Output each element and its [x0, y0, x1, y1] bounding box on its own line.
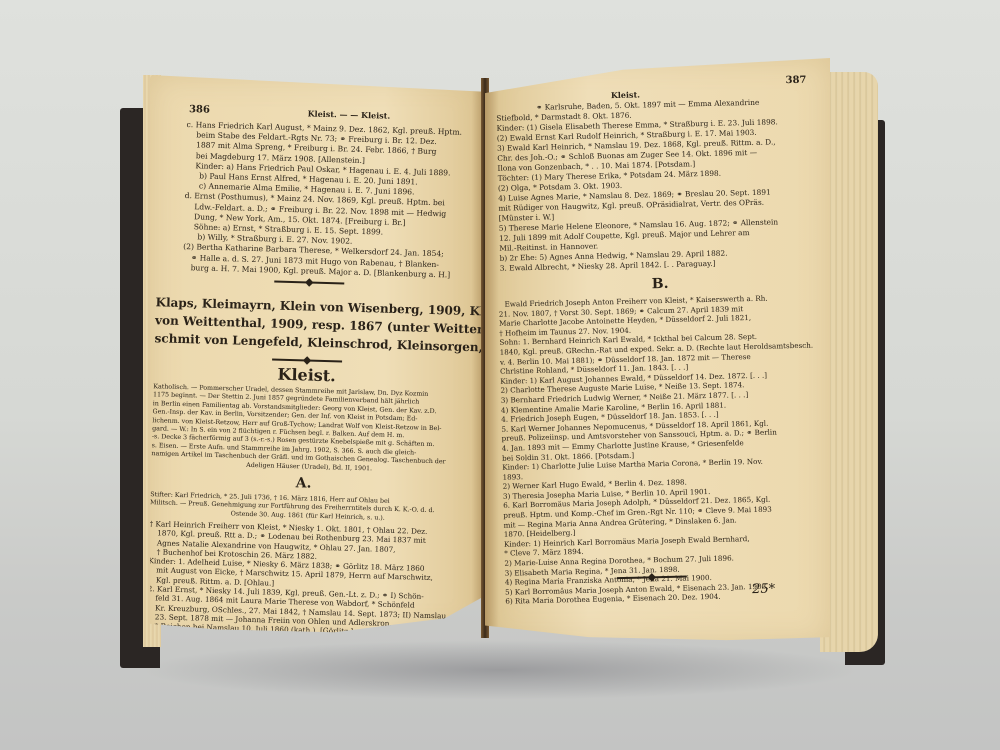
running-head-left: Kleist. — — Kleist. [259, 107, 439, 122]
section-title-kleist: Kleist. [241, 364, 371, 387]
continuation-entries: ⚭ Karlsruhe, Baden, 5. Okt. 1897 mit — E… [496, 96, 830, 273]
right-page: 387 Kleist. ⚭ Karlsruhe, Baden, 5. Okt. … [485, 58, 830, 643]
page-number-left: 386 [189, 104, 210, 116]
top-entries: c. Hans Friedrich Karl August, * Mainz 9… [182, 120, 476, 281]
cross-reference: Klaps, Kleimayrn, Klein von Wisenberg, 1… [154, 293, 470, 356]
photo-scene: 386 Kleist. — — Kleist. c. Hans Friedric… [0, 0, 1000, 750]
line-letter-b: B. [635, 276, 685, 293]
book-shadow [140, 640, 860, 700]
running-head-right: Kleist. [611, 89, 640, 100]
ornament-divider [272, 357, 342, 365]
signature-mark: 25* [752, 582, 775, 598]
line-a-entries: † Karl Heinrich Freiherr von Kleist, * N… [150, 519, 465, 635]
ornament-divider [274, 279, 344, 287]
page-number-right: 387 [785, 75, 806, 86]
line-b-entries: Ewald Friedrich Joseph Anton Freiherr vo… [498, 292, 830, 606]
left-page: 386 Kleist. — — Kleist. c. Hans Friedric… [150, 75, 485, 635]
family-intro: Katholisch. — Pommerscher Uradel, dessen… [151, 383, 469, 476]
line-letter-a: A. [278, 475, 328, 492]
